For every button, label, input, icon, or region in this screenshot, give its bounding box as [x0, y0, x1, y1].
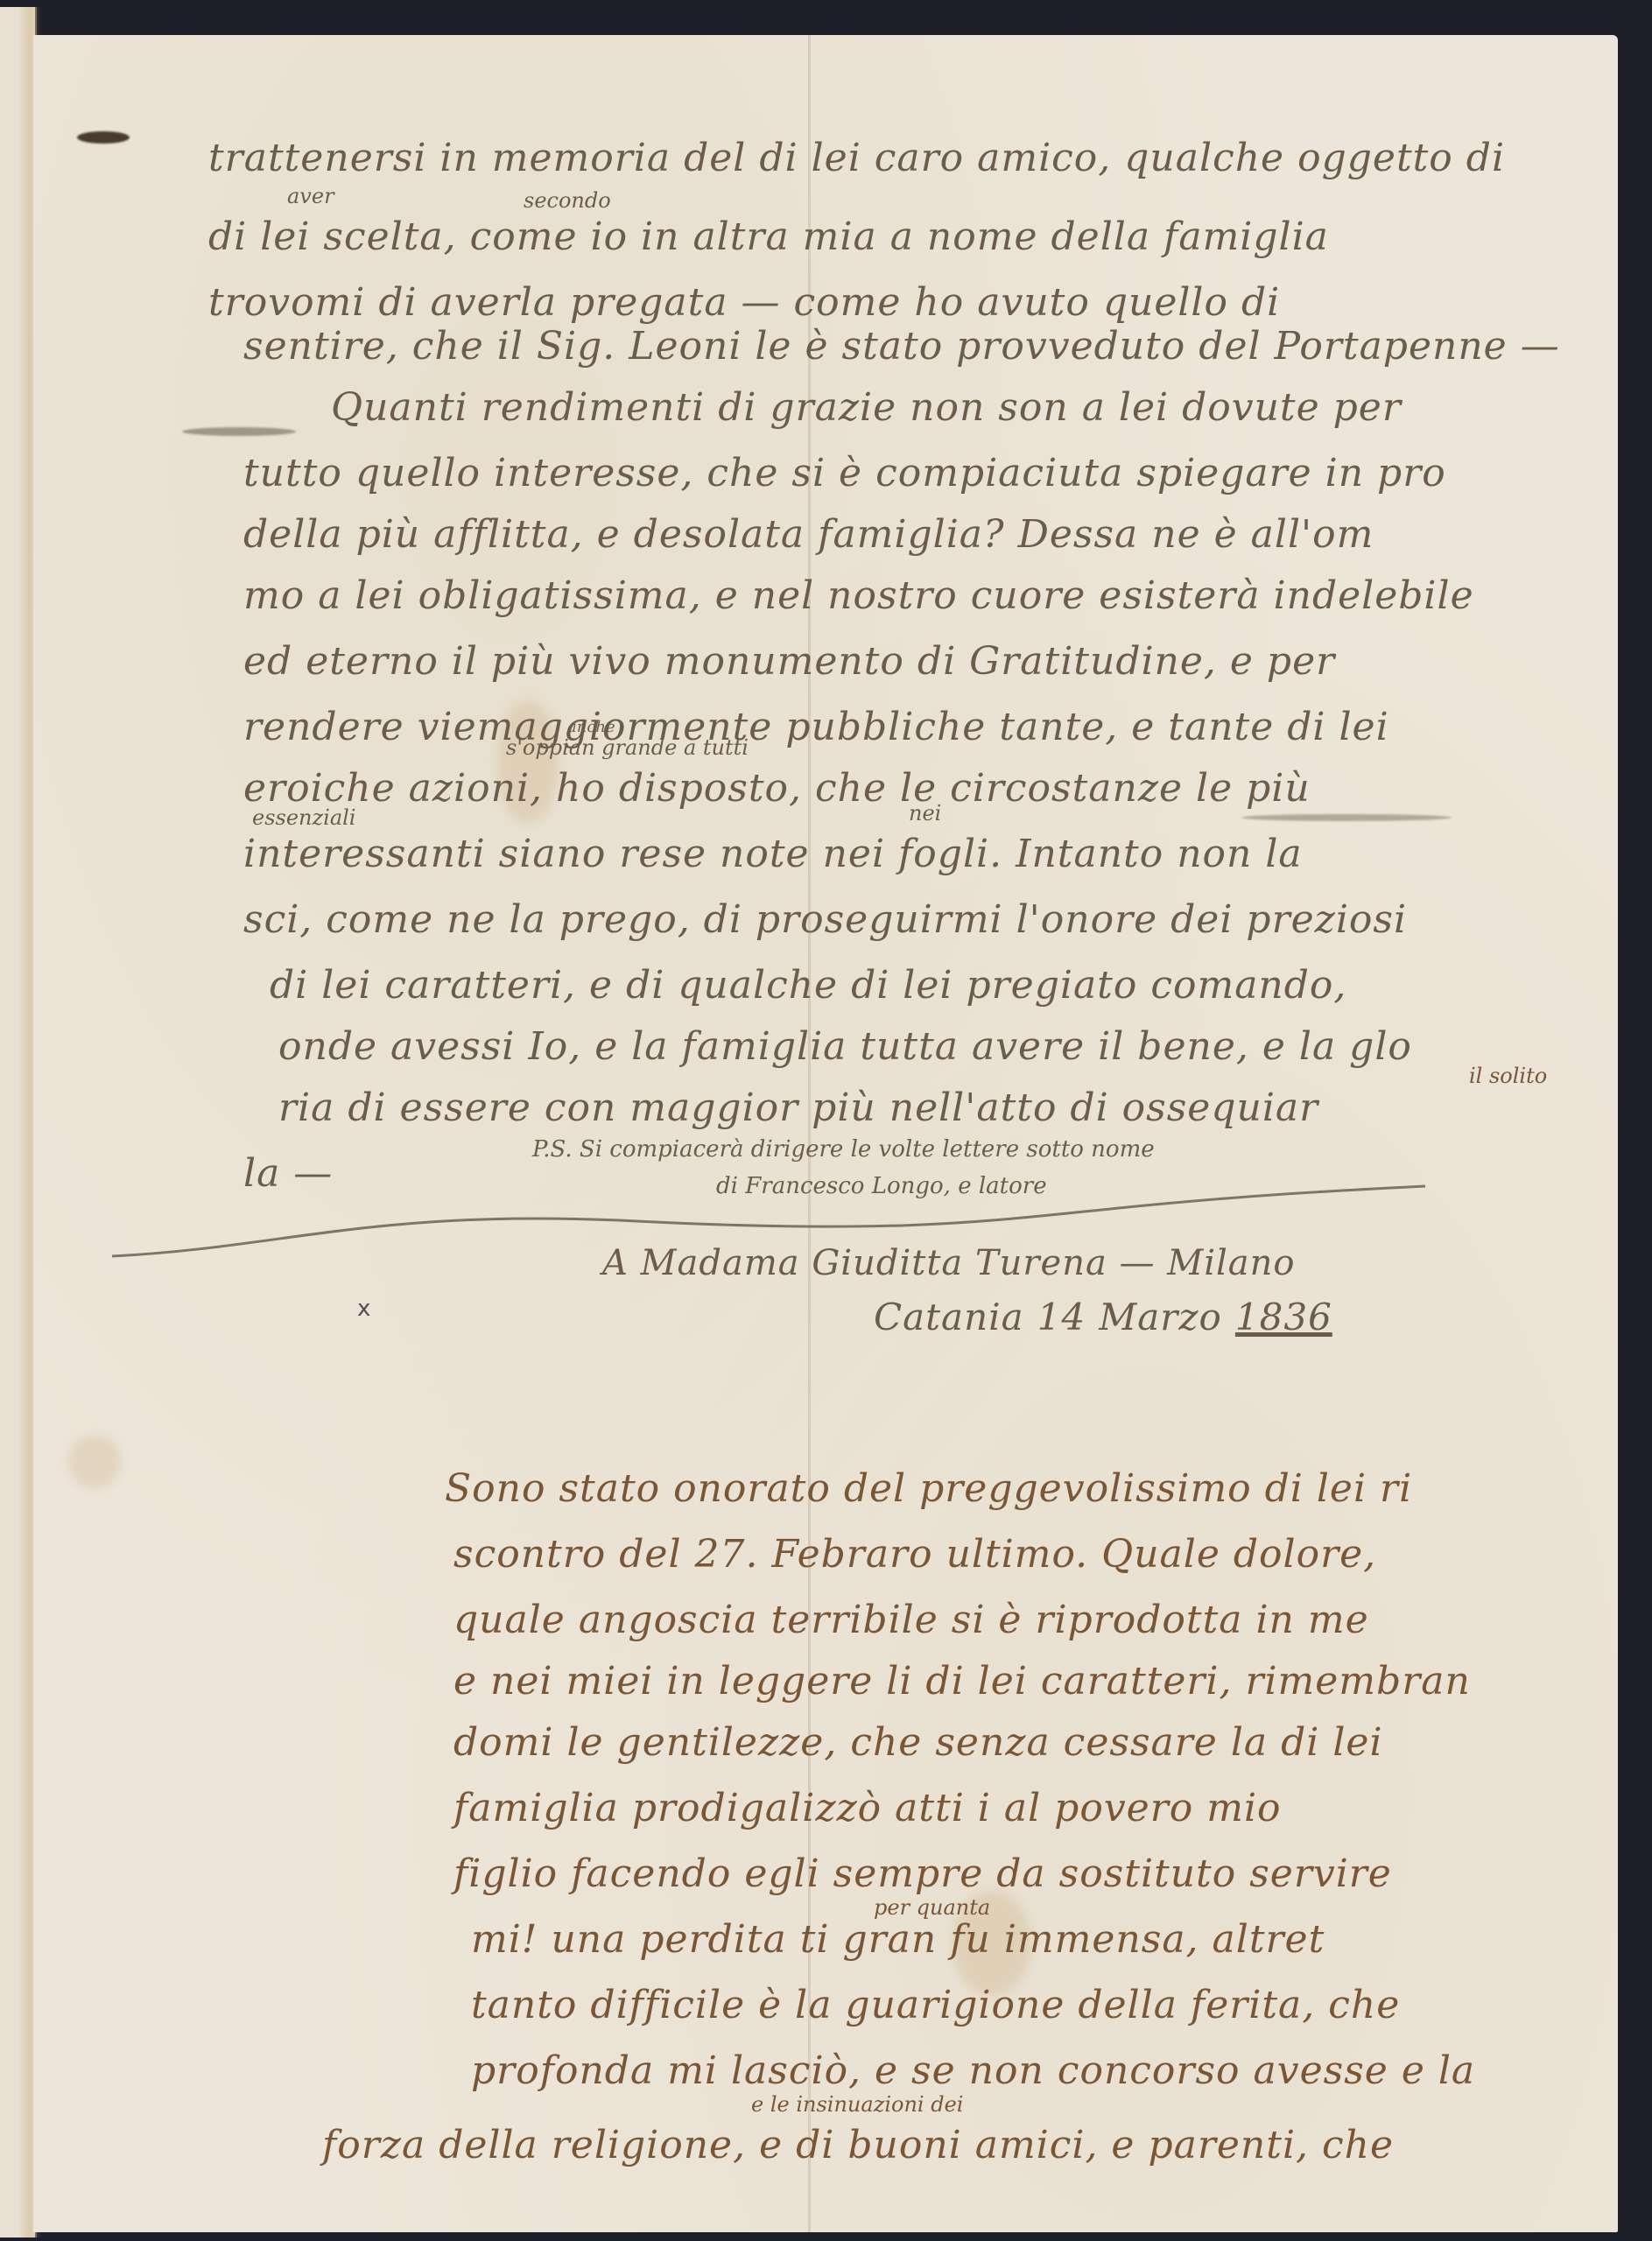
- letter-line: ria di essere con maggior più nell'atto …: [278, 1085, 1318, 1130]
- letter-line: di lei caratteri, e di qualche di lei pr…: [270, 963, 1346, 1008]
- letter-line: interessanti siano rese note nei fogli. …: [243, 832, 1303, 876]
- letter-line: rendere viemaggiormente pubbliche tante,…: [243, 705, 1389, 749]
- letter-line: sci, come ne la prego, di proseguirmi l'…: [243, 897, 1407, 942]
- interlinear-insertion: il solito: [1469, 1064, 1547, 1088]
- ink-smudge: [182, 427, 296, 436]
- letter-line: forza della religione, e di buoni amici,…: [322, 2123, 1394, 2167]
- interlinear-insertion: s'oppian grande a tutti: [506, 735, 749, 760]
- interlinear-insertion: anche: [567, 718, 615, 736]
- manuscript-page: trattenersi in memoria del di lei caro a…: [33, 35, 1618, 2232]
- letter-line: trovomi di averla pregata — come ho avut…: [208, 280, 1280, 325]
- letter-line: tanto difficile è la guarigione della fe…: [471, 1983, 1400, 2027]
- letter-line: Sono stato onorato del preggevolissimo d…: [445, 1466, 1412, 1511]
- recipient-address: A Madama Giuditta Turena — Milano: [602, 1243, 1295, 1283]
- interlinear-insertion: aver: [287, 184, 334, 208]
- letter-line: della più afflitta, e desolata famiglia?…: [243, 512, 1374, 557]
- interlinear-insertion: per quanta: [874, 1895, 990, 1920]
- dateline: Catania 14 Marzo 1836: [874, 1296, 1332, 1338]
- letter-line: Quanti rendimenti di grazie non son a le…: [331, 385, 1402, 430]
- letter-line: mo a lei obligatissima, e nel nostro cuo…: [243, 573, 1474, 618]
- letter-line: sentire, che il Sig. Leoni le è stato pr…: [243, 324, 1560, 369]
- ink-smudge: [77, 131, 130, 144]
- letter-line: tutto quello interesse, che si è compiac…: [243, 451, 1446, 495]
- dateline-place: Catania: [874, 1296, 1024, 1338]
- interlinear-insertion: essenziali: [252, 805, 355, 830]
- letter-line: scontro del 27. Febraro ultimo. Quale do…: [453, 1532, 1376, 1577]
- letter-line: mi! una perdita ti gran fu immensa, altr…: [471, 1917, 1325, 1962]
- letter-line: profonda mi lasciò, e se non concorso av…: [471, 2048, 1475, 2093]
- interlinear-insertion: secondo: [524, 188, 611, 213]
- letter-line: onde avessi Io, e la famiglia tutta aver…: [278, 1024, 1412, 1069]
- letter-line: eroiche azioni, ho disposto, che le circ…: [243, 766, 1311, 811]
- postscript-line: P.S. Si compiacerà dirigere le volte let…: [532, 1136, 1155, 1163]
- letter-line: ed eterno il più vivo monumento di Grati…: [243, 639, 1335, 684]
- cross-mark: x: [357, 1296, 370, 1322]
- interlinear-insertion: e le insinuazioni dei: [751, 2092, 963, 2117]
- interlinear-insertion: nei: [909, 801, 941, 825]
- letter-line: figlio facendo egli sempre da sostituto …: [453, 1851, 1392, 1896]
- letter-line: e nei miei in leggere li di lei caratter…: [453, 1659, 1471, 1704]
- dateline-year: 1836: [1235, 1296, 1332, 1338]
- ink-smudge: [1241, 814, 1452, 821]
- dateline-day: 14: [1037, 1296, 1086, 1338]
- letter-line: domi le gentilezze, che senza cessare la…: [453, 1720, 1383, 1765]
- letter-line: trattenersi in memoria del di lei caro a…: [208, 136, 1505, 180]
- letter-line: di lei scelta, come io in altra mia a no…: [208, 214, 1329, 259]
- letter-line: quale angoscia terribile si è riprodotta…: [453, 1598, 1369, 1642]
- dateline-month: Marzo: [1099, 1296, 1222, 1338]
- letter-line: famiglia prodigalizzò atti i al povero m…: [453, 1786, 1282, 1830]
- water-stain: [68, 1436, 121, 1488]
- adjacent-page-edge: [0, 7, 37, 2237]
